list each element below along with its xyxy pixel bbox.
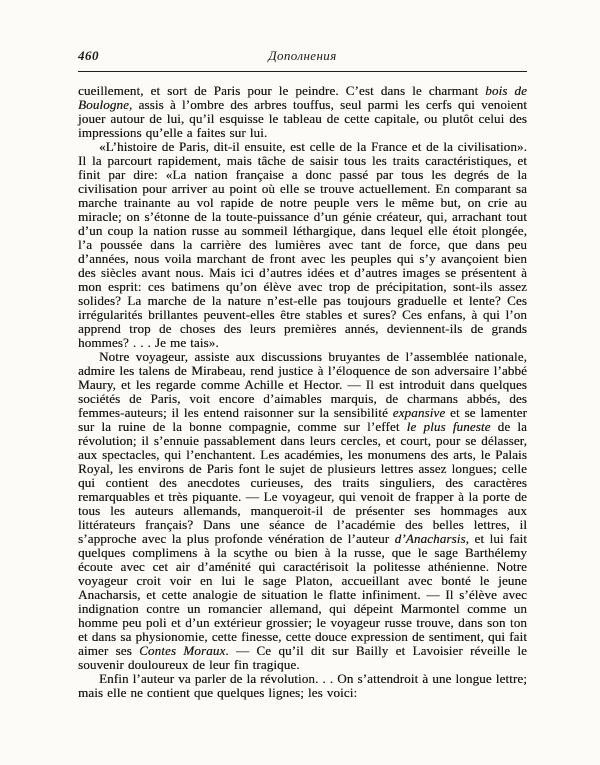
text-run: , et lui fait quelques complimens à la s… bbox=[78, 531, 527, 658]
paragraph: Notre voyageur, assiste aux discussions … bbox=[78, 350, 527, 672]
paragraph: Enfin l’auteur va parler de la révolutio… bbox=[78, 672, 527, 700]
text-run: de la révolution; il s’ennuie passableme… bbox=[78, 419, 527, 546]
text-run: «L’histoire de Paris, dit-il ensuite, es… bbox=[78, 139, 527, 350]
paragraph: cueillement, et sort de Paris pour le pe… bbox=[78, 84, 527, 140]
header-rule bbox=[78, 71, 527, 72]
text-run: Enfin l’auteur va parler de la révolutio… bbox=[78, 671, 527, 700]
page-body: cueillement, et sort de Paris pour le pe… bbox=[78, 84, 527, 700]
book-page: 460 Дополнения cueillement, et sort de P… bbox=[0, 0, 600, 765]
paragraph: «L’histoire de Paris, dit-il ensuite, es… bbox=[78, 140, 527, 350]
italic-text-run: le plus funeste bbox=[407, 419, 491, 434]
text-run: cueillement, et sort de Paris pour le pe… bbox=[78, 83, 485, 98]
italic-text-run: d’Anacharsis bbox=[395, 531, 466, 546]
page-number: 460 bbox=[78, 48, 99, 63]
text-run: , assis à l’ombre des arbres touffus, se… bbox=[78, 97, 527, 140]
section-title: Дополнения bbox=[78, 48, 527, 63]
italic-text-run: expansive bbox=[393, 405, 446, 420]
italic-text-run: Contes Moraux bbox=[139, 643, 225, 658]
page-header: 460 Дополнения bbox=[78, 48, 527, 63]
